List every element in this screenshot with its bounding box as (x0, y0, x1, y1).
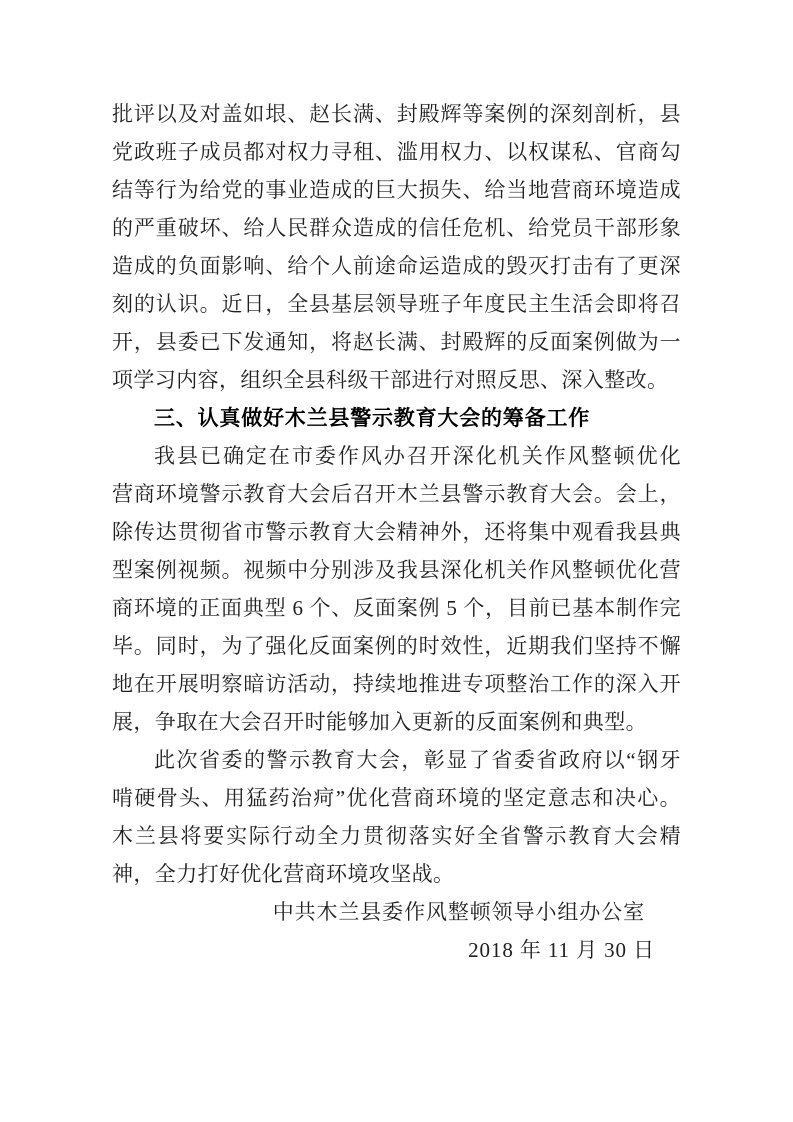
text-line: 地在开展明察暗访活动，持续地推进专项整治工作的深入开 (112, 665, 681, 703)
signature-line: 中共木兰县委作风整顿领导小组办公室 (112, 893, 681, 931)
text-line: 结等行为给党的事业造成的巨大损失、给当地营商环境造成 (112, 171, 681, 209)
text-line: 展，争取在大会召开时能够加入更新的反面案例和典型。 (112, 703, 681, 741)
text-line: 除传达贯彻省市警示教育大会精神外，还将集中观看我县典 (112, 513, 681, 551)
document-body: 批评以及对盖如垠、赵长满、封殿辉等案例的深刻剖析，县党政班子成员都对权力寻租、滥… (112, 95, 681, 969)
date-line: 2018 年 11 月 30 日 (112, 931, 681, 969)
text-line: 造成的负面影响、给个人前途命运造成的毁灭打击有了更深 (112, 247, 681, 285)
text-line: 党政班子成员都对权力寻租、滥用权力、以权谋私、官商勾 (112, 133, 681, 171)
text-line: 木兰县将要实际行动全力贯彻落实好全省警示教育大会精 (112, 817, 681, 855)
text-line: 神，全力打好优化营商环境攻坚战。 (112, 855, 681, 893)
document-page: 批评以及对盖如垠、赵长满、封殿辉等案例的深刻剖析，县党政班子成员都对权力寻租、滥… (0, 0, 793, 1122)
text-line: 啃硬骨头、用猛药治疴”优化营商环境的坚定意志和决心。 (112, 779, 681, 817)
text-line: 批评以及对盖如垠、赵长满、封殿辉等案例的深刻剖析，县 (112, 95, 681, 133)
text-line: 营商环境警示教育大会后召开木兰县警示教育大会。会上， (112, 475, 681, 513)
text-line: 毕。同时，为了强化反面案例的时效性，近期我们坚持不懈 (112, 627, 681, 665)
text-line: 项学习内容，组织全县科级干部进行对照反思、深入整改。 (112, 361, 681, 399)
text-line: 此次省委的警示教育大会，彰显了省委省政府以“钢牙 (112, 741, 681, 779)
text-line: 开，县委已下发通知，将赵长满、封殿辉的反面案例做为一 (112, 323, 681, 361)
text-line: 刻的认识。近日，全县基层领导班子年度民主生活会即将召 (112, 285, 681, 323)
section-heading: 三、认真做好木兰县警示教育大会的筹备工作 (112, 399, 681, 437)
text-line: 型案例视频。视频中分别涉及我县深化机关作风整顿优化营 (112, 551, 681, 589)
text-line: 商环境的正面典型 6 个、反面案例 5 个，目前已基本制作完 (112, 589, 681, 627)
text-line: 的严重破坏、给人民群众造成的信任危机、给党员干部形象 (112, 209, 681, 247)
text-line: 我县已确定在市委作风办召开深化机关作风整顿优化 (112, 437, 681, 475)
